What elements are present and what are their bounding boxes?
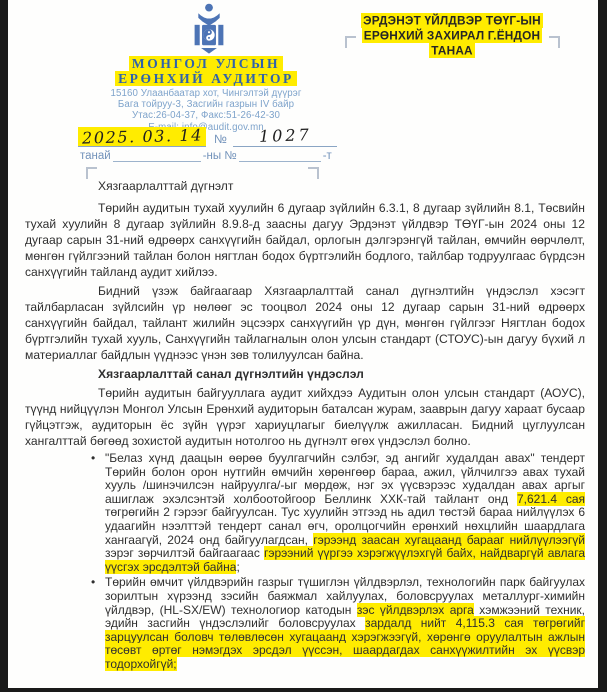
ref-number-field: 1027: [233, 126, 337, 147]
recipient-line: ТАНАА: [429, 43, 475, 58]
date-field: 2025. 03. 14: [78, 127, 206, 147]
address-line: Бага тойруу-3, Засгийн газрын IV байр: [25, 99, 387, 110]
your-ref-mid: -ны №: [203, 150, 237, 162]
opinion-heading: Хязгаарлалттай дүгнэлт: [25, 178, 585, 194]
your-ref-prefix: танай: [80, 150, 111, 162]
paragraph-scope: Төрийн аудитын тухай хуулийн 6 дугаар зү…: [25, 200, 585, 280]
scan-edge-bottom: [0, 688, 607, 692]
address-line: Утас:26-04-37, Факс:51-26-42-30: [25, 110, 387, 121]
your-ref-blank-1: [113, 148, 201, 162]
letter-body: Хязгаарлалттай дүгнэлт Төрийн аудитын ту…: [25, 178, 585, 674]
org-title-line2: ЕРӨНХИЙ АУДИТОР: [115, 71, 297, 86]
org-title-line1: МОНГОЛ УЛСЫН: [129, 56, 283, 71]
recipient-line: ЭРДЭНЭТ ҮЙЛДВЭР ТӨҮГ-ЫН: [361, 13, 543, 28]
paragraph-opinion: Бидний үзэж байгаагаар Хязгаарлалттай са…: [25, 283, 585, 363]
your-ref-line: танай -ны № -т: [80, 147, 332, 162]
scan-edge-right: [598, 0, 607, 692]
ref-row: 2025. 03. 14 № 1027: [78, 125, 337, 147]
org-title: МОНГОЛ УЛСЫН ЕРӨНХИЙ АУДИТОР: [25, 56, 387, 86]
bullet-item-plant: Төрийн өмчит үйлдвэрийн газрыг түшиглэн …: [105, 576, 585, 671]
your-ref-suffix: -т: [323, 150, 332, 162]
bullet-item-tender: "Белаз хүнд даацын өөрөө буулгагчийн сэл…: [105, 452, 585, 574]
paragraph-standards: Төрийн аудитын байгууллага аудит хийхдээ…: [25, 385, 585, 449]
basis-heading: Хязгаарлалттай санал дүгнэлтийн үндэслэл: [25, 366, 585, 382]
recipient-line: ЕРӨНХИЙ ЗАХИРАЛ Г.ЁНДОН: [362, 28, 542, 43]
number-sign-label: №: [214, 132, 227, 146]
recipient-block: ЭРДЭНЭТ ҮЙЛДВЭР ТӨҮГ-ЫН ЕРӨНХИЙ ЗАХИРАЛ …: [352, 13, 552, 58]
scan-edge-left: [0, 0, 8, 692]
date-handwritten: 2025. 03. 14: [81, 125, 202, 147]
basis-bullet-list: "Белаз хүнд даацын өөрөө буулгагчийн сэл…: [25, 452, 585, 672]
scanned-audit-letter: МОНГОЛ УЛСЫН ЕРӨНХИЙ АУДИТОР 15160 Улаан…: [0, 0, 607, 692]
audit-office-emblem-icon: [186, 3, 232, 55]
address-line: 15160 Улаанбаатар хот, Чингэлтэй дүүрэг: [25, 88, 387, 99]
ref-number-handwritten: 1027: [258, 125, 311, 146]
your-ref-blank-2: [239, 148, 321, 162]
